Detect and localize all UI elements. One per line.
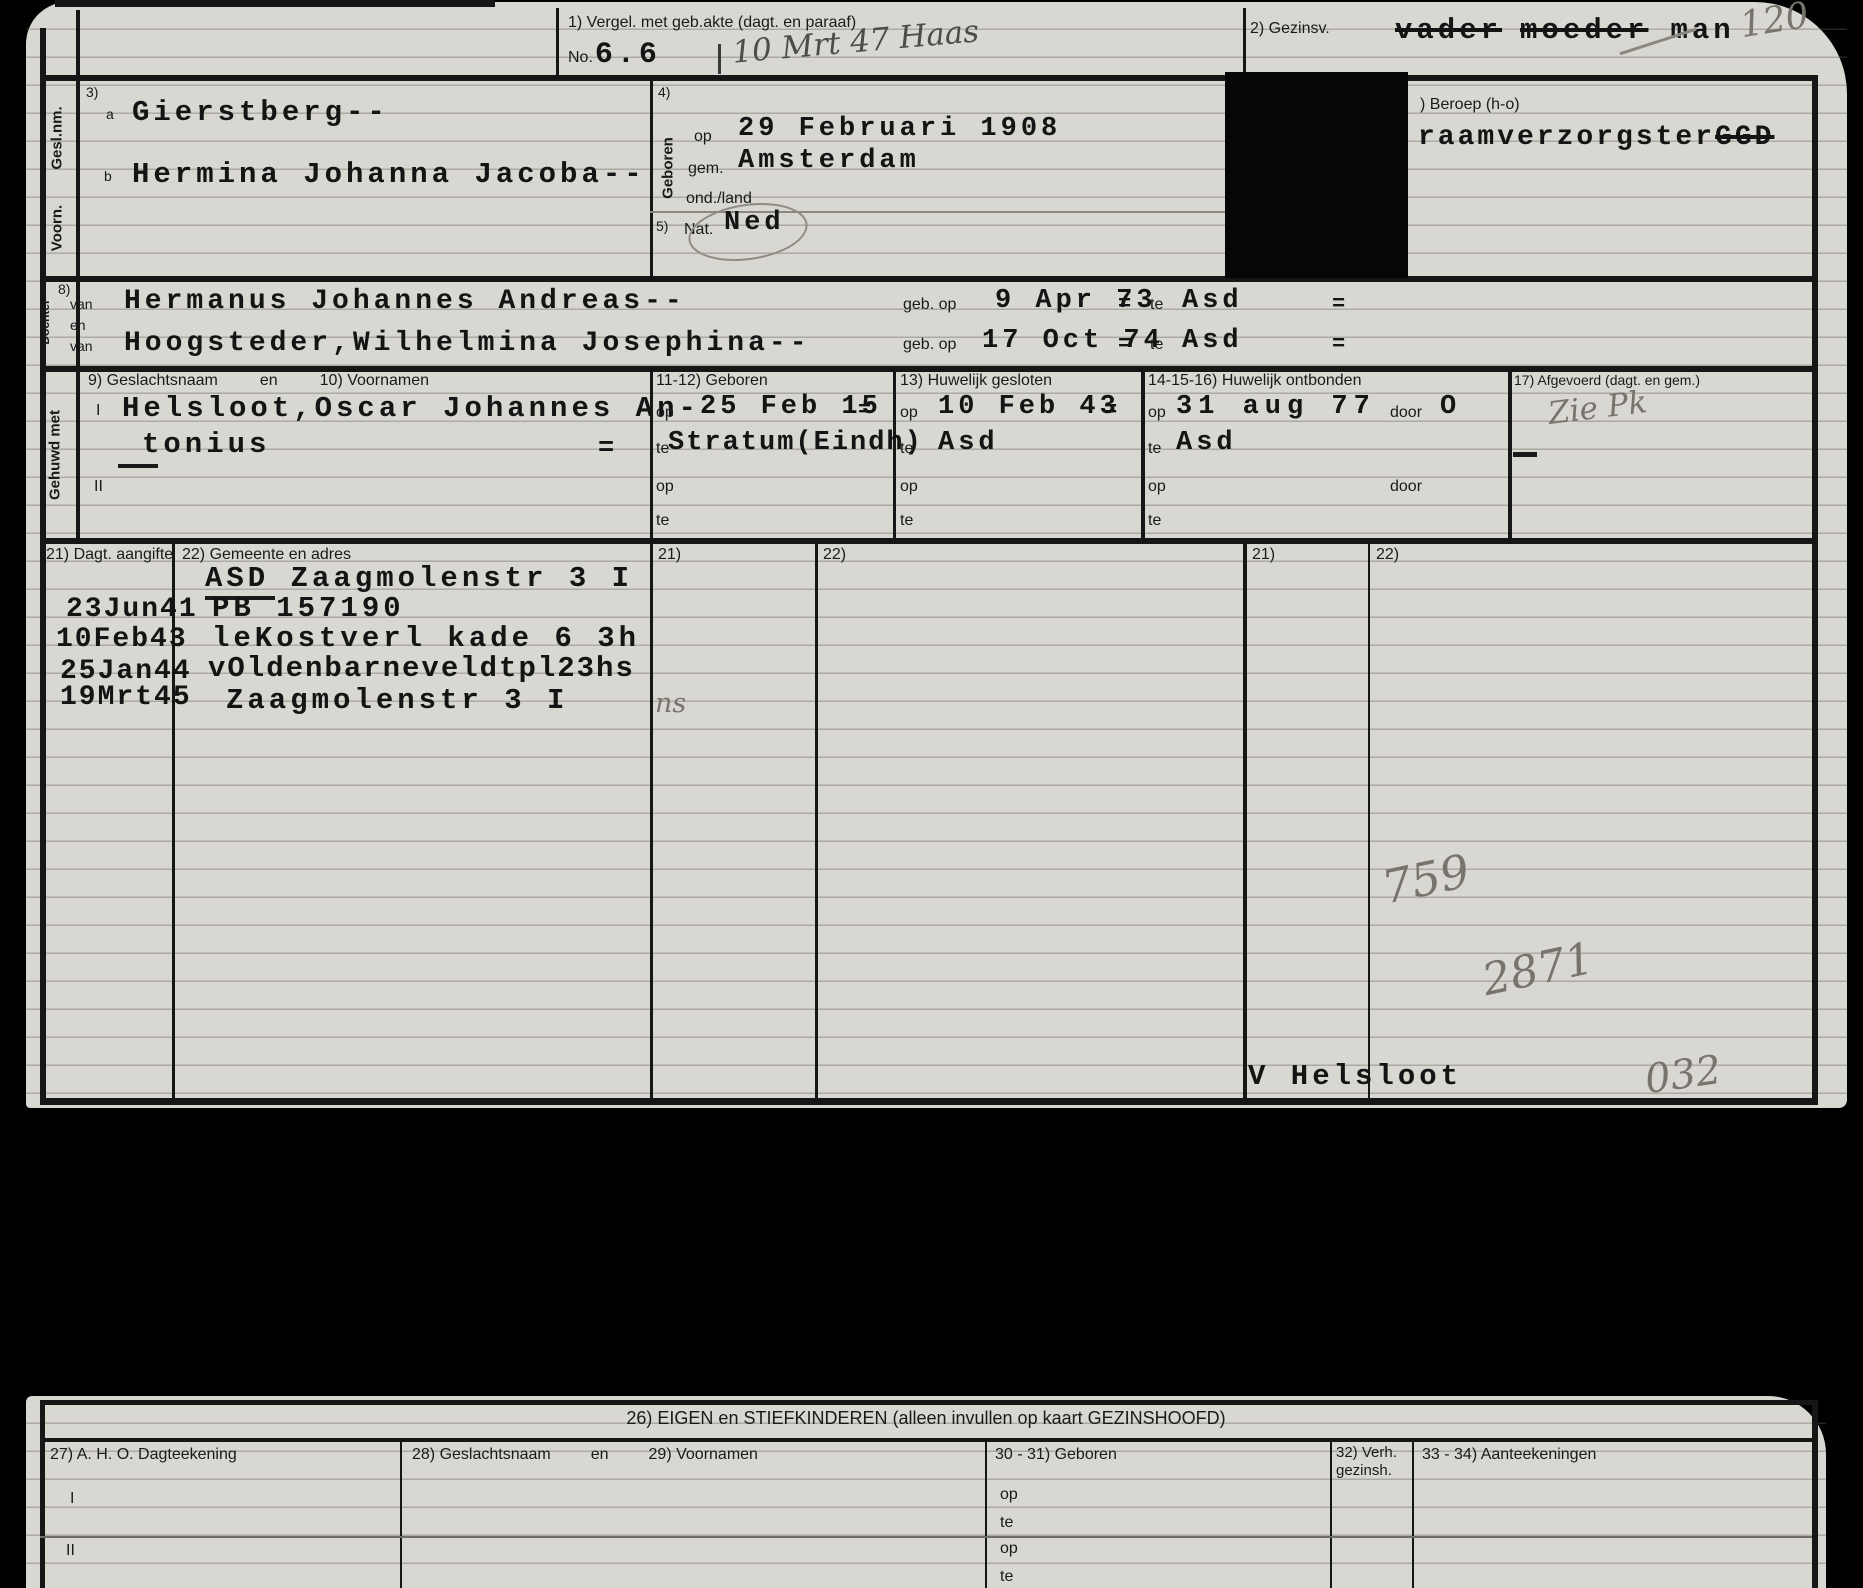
- te-label: te: [656, 512, 669, 530]
- border: [556, 8, 559, 77]
- children-title: 26) EIGEN en STIEFKINDEREN (alleen invul…: [40, 1408, 1812, 1429]
- door-label: door: [1390, 478, 1422, 496]
- header-geslachtsnaam: 9) Geslachtsnaam: [88, 372, 218, 390]
- col22-header: 22): [823, 546, 846, 564]
- col22-header: 22): [1376, 546, 1399, 564]
- border: [1243, 8, 1246, 77]
- divorce-date: 31 aug 77: [1176, 392, 1376, 422]
- tick-mark: [718, 44, 721, 74]
- surname-value: Gierstberg--: [132, 96, 389, 129]
- gezinsv-moeder: moeder: [1520, 14, 1648, 47]
- border: [1812, 75, 1818, 1105]
- address-row: Zaagmolenstr 3 I: [226, 684, 568, 717]
- field3-number: 3): [86, 84, 98, 100]
- beroep-label: ) Beroep (h-o): [1420, 96, 1520, 114]
- equals-sign: =: [1332, 292, 1349, 317]
- beroep-struck: GGD: [1715, 122, 1774, 153]
- equals-sign: =: [1332, 332, 1349, 357]
- firstnames-value: Hermina Johanna Jacoba--: [132, 158, 646, 191]
- born-gem-label: gem.: [688, 160, 724, 178]
- equals-sign: =: [1118, 292, 1135, 317]
- field8-number: 8): [58, 281, 70, 297]
- col28-header: 28) Geslachtsnaam: [412, 1446, 551, 1464]
- gehuwd-met-vlabel: Gehuwd met: [47, 410, 64, 500]
- address-row: vOldenbarneveldtpl23hs: [208, 652, 635, 685]
- father-name: Hermanus Johannes Andreas--: [124, 286, 686, 317]
- date-row: 19Mrt45: [60, 682, 192, 713]
- te-label: te: [1000, 1568, 1013, 1586]
- border: [40, 276, 1815, 282]
- te-label: te: [900, 440, 913, 458]
- marriage-place: Asd: [938, 428, 999, 458]
- father-birthplace: Asd: [1182, 286, 1243, 316]
- op-label: op: [1148, 404, 1166, 422]
- col32-header-line2: gezinsh.: [1336, 1462, 1392, 1479]
- sub-a: a: [106, 106, 114, 122]
- op-label: op: [900, 478, 918, 496]
- address-row: leKostverl kade 6 3h: [212, 622, 640, 655]
- birth-place: Amsterdam: [738, 146, 920, 176]
- scanned-registration-card: 1) Vergel. met geb.akte (dagt. en paraaf…: [0, 0, 1863, 1588]
- child-row-two: II: [66, 1542, 75, 1560]
- op-label: op: [900, 404, 918, 422]
- border: [40, 538, 1815, 544]
- te-label: te: [1148, 512, 1161, 530]
- spouse-name-line1: Helsloot,Oscar Johannes An-: [122, 392, 700, 425]
- border: [40, 1438, 1815, 1442]
- dochter-vlabel: Dochter: [38, 299, 52, 344]
- equals-sign: =: [598, 434, 618, 464]
- no-label: No.: [568, 49, 593, 67]
- op-label: op: [656, 478, 674, 496]
- geboren-vlabel: Geboren: [660, 137, 677, 199]
- col28-en: en: [591, 1446, 609, 1464]
- geb-op-label: geb. op: [903, 336, 956, 354]
- married-header: 13) Huwelijk gesloten: [900, 372, 1052, 390]
- address-row: PB 157190: [212, 592, 405, 625]
- header-en: en: [260, 372, 278, 390]
- col27-header: 27) A. H. O. Dagteekening: [50, 1446, 237, 1464]
- child-row-one: I: [70, 1490, 74, 1508]
- op-label: op: [1000, 1540, 1018, 1558]
- header-voornamen: 10) Voornamen: [320, 372, 429, 390]
- mother-birthplace: Asd: [1182, 326, 1243, 356]
- firstnames-vlabel: Voorn.: [49, 205, 66, 251]
- mother-birthdate: 17 Oct 74: [982, 326, 1164, 356]
- border: [650, 75, 653, 278]
- born-header: 11-12) Geboren: [656, 372, 768, 390]
- border: [1368, 538, 1370, 1100]
- divorce-place: Asd: [1176, 428, 1237, 458]
- door-label: door: [1390, 404, 1422, 422]
- spouse-name-line2: tonius: [142, 428, 270, 461]
- redaction-box: [1225, 72, 1408, 278]
- field5-number: 5): [656, 218, 668, 234]
- op-label: op: [1000, 1486, 1018, 1504]
- pencil-dash: [1513, 452, 1537, 457]
- op-label: op: [656, 404, 674, 422]
- underline: [118, 464, 158, 468]
- field4-number: 4): [658, 84, 670, 100]
- border: [1141, 366, 1145, 540]
- border: [1812, 1400, 1818, 1588]
- date-row: 10Feb43: [56, 624, 188, 655]
- roman-two: II: [94, 478, 103, 496]
- border: [650, 538, 653, 1100]
- van-label: van: [70, 296, 93, 312]
- marriage-date: 10 Feb 43: [938, 392, 1120, 422]
- border: [1412, 1438, 1414, 1588]
- divorce-by: O: [1440, 392, 1460, 422]
- border: [400, 1438, 402, 1588]
- en-label: en: [70, 317, 86, 333]
- divorced-header: 14-15-16) Huwelijk ontbonden: [1148, 372, 1361, 390]
- geb-op-label: geb. op: [903, 296, 956, 314]
- border: [1508, 366, 1512, 540]
- equals-sign: =: [858, 398, 875, 423]
- gezinsv-vader: vader: [1395, 14, 1502, 47]
- te-label: te: [1150, 296, 1163, 314]
- box2-label: 2) Gezinsv.: [1250, 20, 1330, 38]
- col30-header: 30 - 31) Geboren: [995, 1446, 1117, 1464]
- born-op-label: op: [694, 128, 712, 146]
- border: [815, 538, 818, 1100]
- equals-sign: =: [1104, 398, 1121, 423]
- border: [1243, 538, 1247, 1100]
- beroep-value: raamverzorgster: [1418, 122, 1715, 153]
- birth-date: 29 Februari 1908: [738, 114, 1061, 144]
- border: [1330, 1438, 1332, 1588]
- col33-header: 33 - 34) Aanteekeningen: [1422, 1446, 1596, 1464]
- col-date-header: 21) Dagt. aangifte: [46, 546, 173, 564]
- te-label: te: [1000, 1514, 1013, 1532]
- te-label: te: [1150, 336, 1163, 354]
- afgevoerd-header: 17) Afgevoerd (dagt. en gem.): [1514, 372, 1700, 388]
- van-label: van: [70, 338, 93, 354]
- op-label: op: [1148, 478, 1166, 496]
- border: [40, 75, 1815, 81]
- akte-number: 6.6: [595, 38, 661, 72]
- border: [40, 28, 46, 1105]
- equals-sign: =: [1118, 332, 1135, 357]
- col21-header: 21): [658, 546, 681, 564]
- pencil-note: ns: [655, 688, 686, 719]
- border: [40, 1400, 1815, 1405]
- spouse-birthdate: 25 Feb 15: [700, 392, 882, 422]
- mother-name: Hoogsteder,Wilhelmina Josephina--: [124, 328, 811, 359]
- col21-header: 21): [1252, 546, 1275, 564]
- address-row: ASD Zaagmolenstr 3 I: [205, 562, 633, 595]
- paper-top-edge: [55, 0, 495, 7]
- stamp-name: V Helsloot: [1248, 1060, 1462, 1093]
- surname-vlabel: Gesl.nm.: [49, 106, 66, 169]
- sub-b: b: [104, 168, 112, 184]
- row-divider: [40, 1536, 1812, 1538]
- border: [985, 1438, 987, 1588]
- gezinsv-man: man: [1670, 14, 1734, 47]
- border: [76, 10, 80, 542]
- border: [40, 1098, 1815, 1105]
- col29-header: 29) Voornamen: [649, 1446, 758, 1464]
- te-label: te: [1148, 440, 1161, 458]
- date-row: 23Jun41: [66, 594, 198, 625]
- te-label: te: [900, 512, 913, 530]
- spouse-birthplace: Stratum(Eindh): [668, 428, 923, 458]
- roman-one: I: [96, 402, 100, 420]
- col32-header-line1: 32) Verh.: [1336, 1444, 1397, 1461]
